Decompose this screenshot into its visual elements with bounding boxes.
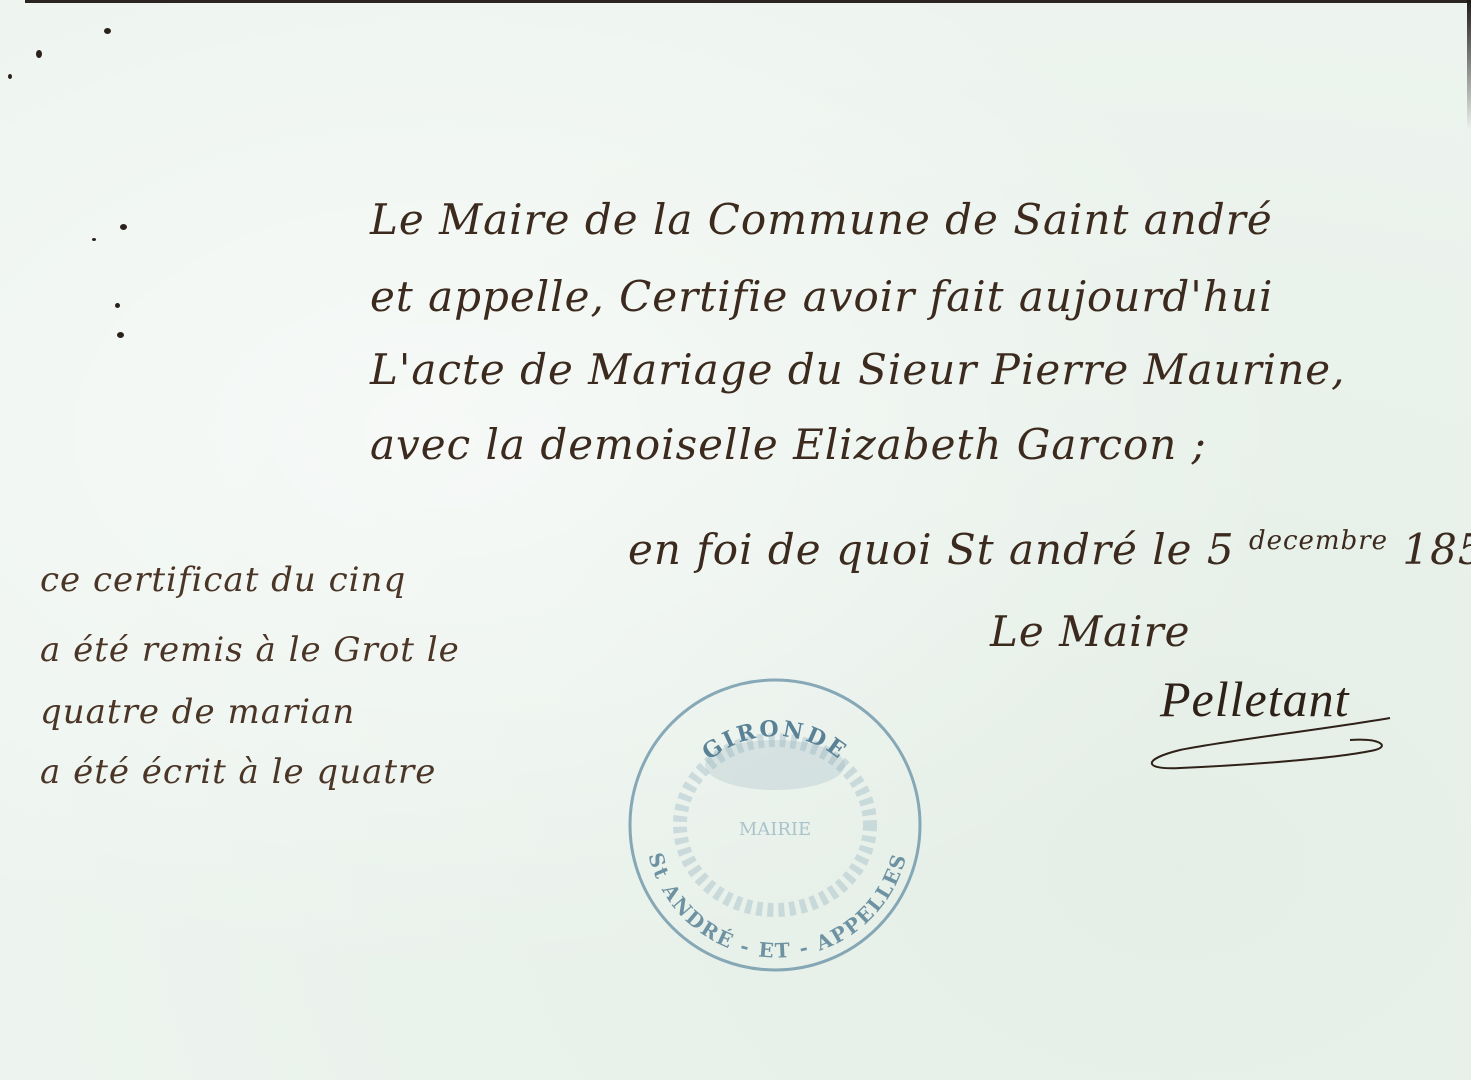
stamp-center-text: MAIRIE [739, 819, 811, 840]
scan-right-edge [1467, 0, 1471, 130]
stamp-bottom-text: St ANDRÉ - ET - APPELLES [643, 850, 911, 963]
svg-text:St ANDRÉ - ET - APPELLES: St ANDRÉ - ET - APPELLES [643, 850, 911, 963]
ink-speck [115, 303, 120, 308]
ink-speck [92, 238, 96, 241]
margin-note-line-2: a été remis à le Grot le [40, 630, 460, 670]
certificate-line-4: avec la demoiselle Elizabeth Garcon ; [370, 420, 1207, 469]
mairie-stamp: GIRONDE MAIRIE St ANDRÉ - ET - APPELLES [620, 675, 930, 975]
ink-speck [104, 28, 111, 34]
signature-title: Le Maire [990, 607, 1191, 656]
certificate-closing: en foi de quoi St andré le 5 decembre 18… [628, 525, 1471, 574]
certificate-line-3: L'acte de Mariage du Sieur Pierre Maurin… [370, 345, 1345, 394]
closing-month: decembre [1249, 526, 1388, 556]
margin-note-line-4: a été écrit à le quatre [40, 752, 436, 792]
signature-flourish-icon [1140, 710, 1410, 780]
closing-place-date: en foi de quoi St andré le 5 [628, 525, 1235, 574]
ink-speck [117, 332, 124, 338]
margin-note-line-1: ce certificat du cinq [40, 560, 406, 600]
document-page: Le Maire de la Commune de Saint andré et… [0, 0, 1471, 1080]
ink-speck [8, 74, 12, 79]
stamp-seal-icon: GIRONDE MAIRIE St ANDRÉ - ET - APPELLES [620, 675, 930, 975]
certificate-line-1: Le Maire de la Commune de Saint andré [370, 195, 1273, 244]
certificate-line-2: et appelle, Certifie avoir fait aujourd'… [370, 272, 1273, 321]
ink-speck [120, 224, 127, 230]
closing-year: 1856 [1402, 525, 1471, 574]
scan-top-edge [25, 0, 1471, 3]
margin-note-line-3: quatre de marian [40, 692, 355, 732]
ink-speck [36, 50, 42, 58]
